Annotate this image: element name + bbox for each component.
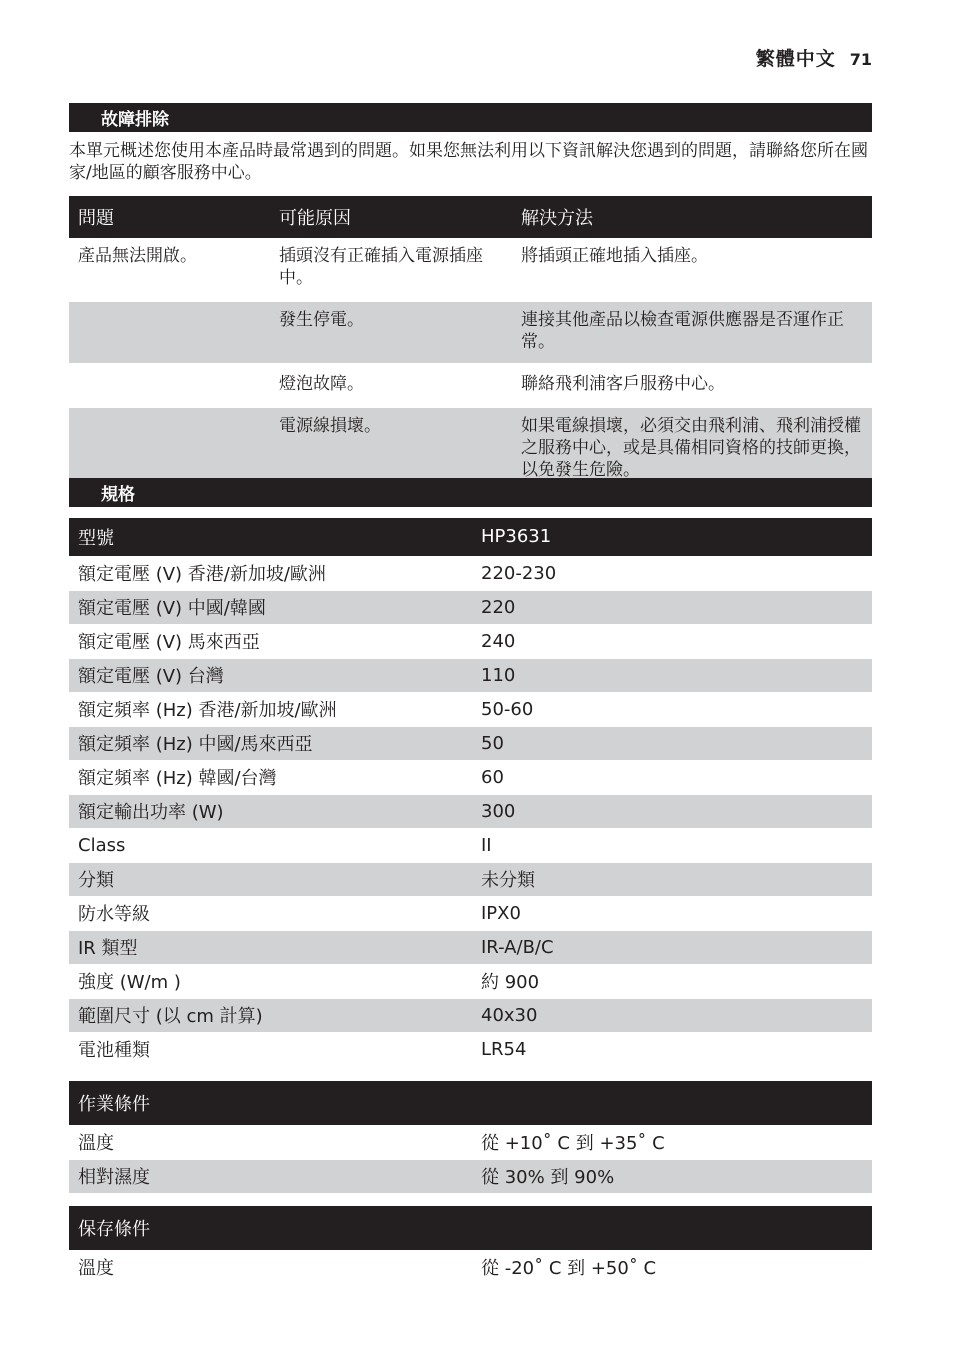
spec-value: 約 900 bbox=[472, 964, 872, 998]
table-row: 額定電壓 (V) 台灣110 bbox=[69, 658, 872, 692]
section-title-text: 規格 bbox=[101, 480, 135, 505]
spec-label: 電池種類 bbox=[69, 1032, 472, 1066]
section-title-specifications: 規格 bbox=[69, 478, 872, 507]
table-header-row: 保存條件 bbox=[69, 1206, 872, 1250]
spec-label: 額定電壓 (V) 中國/韓國 bbox=[69, 590, 472, 624]
condition-value: 從 +10˚ C 到 +35˚ C bbox=[472, 1125, 872, 1159]
spec-header-value: HP3631 bbox=[472, 518, 872, 556]
spec-label: 額定頻率 (Hz) 中國/馬來西亞 bbox=[69, 726, 472, 760]
language-label: 繁體中文 bbox=[756, 44, 836, 71]
table-row: 額定電壓 (V) 香港/新加坡/歐洲220-230 bbox=[69, 556, 872, 590]
condition-value: 從 30% 到 90% bbox=[472, 1159, 872, 1193]
table-row: 溫度從 -20˚ C 到 +50˚ C bbox=[69, 1250, 872, 1284]
table-row: 相對濕度從 30% 到 90% bbox=[69, 1159, 872, 1193]
section-title-troubleshooting: 故障排除 bbox=[69, 103, 872, 132]
spec-label: 額定電壓 (V) 馬來西亞 bbox=[69, 624, 472, 658]
table-row: 產品無法開啟。 插頭沒有正確插入電源插座中。 將插頭正確地插入插座。 bbox=[69, 238, 872, 301]
spec-value: 300 bbox=[472, 794, 872, 828]
table-row: 防水等級IPX0 bbox=[69, 896, 872, 930]
condition-label: 相對濕度 bbox=[69, 1159, 472, 1193]
table-row: 電池種類LR54 bbox=[69, 1032, 872, 1066]
cell-solution: 將插頭正確地插入插座。 bbox=[512, 238, 872, 301]
cell-cause: 燈泡故障。 bbox=[270, 365, 512, 407]
spec-label: 額定頻率 (Hz) 韓國/台灣 bbox=[69, 760, 472, 794]
table-row: ClassII bbox=[69, 828, 872, 862]
cell-cause: 發生停電。 bbox=[270, 301, 512, 365]
page-number: 71 bbox=[850, 50, 872, 69]
table-row: 溫度從 +10˚ C 到 +35˚ C bbox=[69, 1125, 872, 1159]
spec-value: 110 bbox=[472, 658, 872, 692]
spec-label: 額定電壓 (V) 香港/新加坡/歐洲 bbox=[69, 556, 472, 590]
table-row: 額定電壓 (V) 馬來西亞240 bbox=[69, 624, 872, 658]
column-header-cause: 可能原因 bbox=[270, 196, 512, 238]
cell-problem: 產品無法開啟。 bbox=[69, 238, 270, 301]
operating-conditions-table: 作業條件 溫度從 +10˚ C 到 +35˚ C 相對濕度從 30% 到 90% bbox=[69, 1081, 872, 1193]
table-row: IR 類型IR-A/B/C bbox=[69, 930, 872, 964]
cell-problem bbox=[69, 365, 270, 407]
table-row: 分類未分類 bbox=[69, 862, 872, 896]
spec-label: Class bbox=[69, 828, 472, 862]
spec-value: 220-230 bbox=[472, 556, 872, 590]
table-row: 發生停電。 連接其他產品以檢查電源供應器是否運作正常。 bbox=[69, 301, 872, 365]
spec-label: 範圍尺寸 (以 cm 計算) bbox=[69, 998, 472, 1032]
condition-label: 溫度 bbox=[69, 1250, 472, 1284]
spec-value: 未分類 bbox=[472, 862, 872, 896]
condition-value: 從 -20˚ C 到 +50˚ C bbox=[472, 1250, 872, 1284]
condition-label: 溫度 bbox=[69, 1125, 472, 1159]
troubleshooting-table: 問題 可能原因 解決方法 產品無法開啟。 插頭沒有正確插入電源插座中。 將插頭正… bbox=[69, 196, 872, 491]
cell-problem bbox=[69, 301, 270, 365]
spec-value: 50 bbox=[472, 726, 872, 760]
operating-conditions-title: 作業條件 bbox=[69, 1081, 872, 1125]
troubleshooting-intro: 本單元概述您使用本產品時最常遇到的問題。如果您無法利用以下資訊解決您遇到的問題，… bbox=[69, 140, 869, 184]
table-row: 額定頻率 (Hz) 中國/馬來西亞50 bbox=[69, 726, 872, 760]
section-title-text: 故障排除 bbox=[101, 105, 169, 130]
spec-value: 220 bbox=[472, 590, 872, 624]
spec-value: LR54 bbox=[472, 1032, 872, 1066]
spec-value: 50-60 bbox=[472, 692, 872, 726]
table-row: 額定輸出功率 (W)300 bbox=[69, 794, 872, 828]
column-header-solution: 解決方法 bbox=[512, 196, 872, 238]
spec-header-label: 型號 bbox=[69, 518, 472, 556]
spec-label: 額定輸出功率 (W) bbox=[69, 794, 472, 828]
spec-value: IPX0 bbox=[472, 896, 872, 930]
cell-cause: 插頭沒有正確插入電源插座中。 bbox=[270, 238, 512, 301]
spec-value: 240 bbox=[472, 624, 872, 658]
specifications-table: 型號 HP3631 額定電壓 (V) 香港/新加坡/歐洲220-230 額定電壓… bbox=[69, 518, 872, 1066]
spec-label: IR 類型 bbox=[69, 930, 472, 964]
spec-label: 額定電壓 (V) 台灣 bbox=[69, 658, 472, 692]
table-row: 燈泡故障。 聯絡飛利浦客戶服務中心。 bbox=[69, 365, 872, 407]
table-header-row: 作業條件 bbox=[69, 1081, 872, 1125]
spec-value: IR-A/B/C bbox=[472, 930, 872, 964]
storage-conditions-title: 保存條件 bbox=[69, 1206, 872, 1250]
table-header-row: 問題 可能原因 解決方法 bbox=[69, 196, 872, 238]
spec-label: 防水等級 bbox=[69, 896, 472, 930]
column-header-problem: 問題 bbox=[69, 196, 270, 238]
spec-label: 額定頻率 (Hz) 香港/新加坡/歐洲 bbox=[69, 692, 472, 726]
page-header: 繁體中文 71 bbox=[756, 44, 872, 71]
spec-value: 60 bbox=[472, 760, 872, 794]
table-row: 額定電壓 (V) 中國/韓國220 bbox=[69, 590, 872, 624]
spec-value: 40x30 bbox=[472, 998, 872, 1032]
spec-label: 分類 bbox=[69, 862, 472, 896]
cell-solution: 聯絡飛利浦客戶服務中心。 bbox=[512, 365, 872, 407]
table-row: 額定頻率 (Hz) 香港/新加坡/歐洲50-60 bbox=[69, 692, 872, 726]
spec-value: II bbox=[472, 828, 872, 862]
cell-solution: 連接其他產品以檢查電源供應器是否運作正常。 bbox=[512, 301, 872, 365]
table-row: 強度 (W/m )約 900 bbox=[69, 964, 872, 998]
table-header-row: 型號 HP3631 bbox=[69, 518, 872, 556]
storage-conditions-table: 保存條件 溫度從 -20˚ C 到 +50˚ C bbox=[69, 1206, 872, 1284]
table-row: 範圍尺寸 (以 cm 計算)40x30 bbox=[69, 998, 872, 1032]
spec-label: 強度 (W/m ) bbox=[69, 964, 472, 998]
table-row: 額定頻率 (Hz) 韓國/台灣60 bbox=[69, 760, 872, 794]
